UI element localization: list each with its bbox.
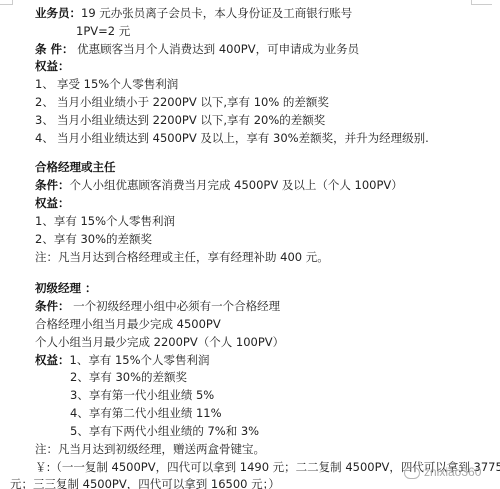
- benefit-item: 5、享有下两代小组业绩的 7%和 3%: [70, 422, 259, 440]
- pv-rate: 1PV=2 元: [76, 22, 130, 40]
- requirement: 个人小组当月最少完成 2200PV（个人 100PV）: [35, 333, 284, 351]
- note: 注：凡当月达到初级经理，赠送两盒骨键宝。: [35, 440, 265, 458]
- note: 注：凡当月达到合格经理或主任，享有经理补助 400 元。: [35, 248, 329, 266]
- income-line: 元；三三复制 4500PV，四代可以拿到 16500 元；）: [10, 475, 280, 489]
- benefit-item: 3、享有第一代小组业绩 5%: [70, 386, 214, 404]
- salesperson-label: 业务员：: [35, 6, 81, 20]
- benefit-item: 3、当月小组业绩达到 2200PV 以下,享有 20%的差额奖: [35, 111, 325, 129]
- benefit-item: 2、享有 30%的差额奖: [70, 368, 187, 386]
- condition-label: 条 件：: [35, 42, 74, 56]
- page-corner-mark-right: [471, 0, 492, 5]
- salesperson-condition: 条 件： 优惠顾客当月个人消费达到 400PV，可申请成为业务员: [35, 40, 359, 58]
- benefits-label: 权益：: [35, 194, 70, 212]
- junior-manager-condition: 条件： 一个初级经理小组中必须有一个合格经理: [35, 297, 280, 315]
- qualified-manager-heading: 合格经理或主任: [35, 158, 116, 176]
- watermark: znixiao360: [404, 465, 481, 479]
- benefit-item: 1、享受 15%个人零售利润: [35, 75, 178, 93]
- page-corner-mark-left: [0, 0, 13, 5]
- junior-benefits: 权益：1、享有 15%个人零售利润: [35, 351, 210, 369]
- condition-text: 优惠顾客当月个人消费达到 400PV，可申请成为业务员: [74, 42, 360, 56]
- benefits-label: 权益：: [35, 57, 70, 75]
- benefit-item: 2、享有 30%的差额奖: [35, 230, 152, 248]
- salesperson-heading: 业务员：19 元办张员离子会员卡，本人身份证及工商银行账号: [35, 4, 352, 22]
- salesperson-desc: 19 元办张员离子会员卡，本人身份证及工商银行账号: [81, 6, 352, 20]
- requirement: 合格经理小组当月最少完成 4500PV: [35, 315, 221, 333]
- benefit-item: 4、当月小组业绩达到 4500PV 及以上，享有 30%差额奖，并升为经理级别.: [35, 129, 429, 147]
- qualified-manager-condition: 条件：个人小组优惠顾客消费当月完成 4500PV 及以上（个人 100PV）: [35, 176, 403, 194]
- benefit-item: 2、当月小组业绩小于 2200PV 以下,享有 10% 的差额奖: [35, 93, 329, 111]
- benefit-item: 1、享有 15%个人零售利润: [35, 212, 175, 230]
- junior-manager-heading: 初级经理 ：: [35, 279, 97, 297]
- benefit-item: 4、享有第二代小组业绩 11%: [70, 404, 222, 422]
- wechat-icon: [404, 467, 420, 479]
